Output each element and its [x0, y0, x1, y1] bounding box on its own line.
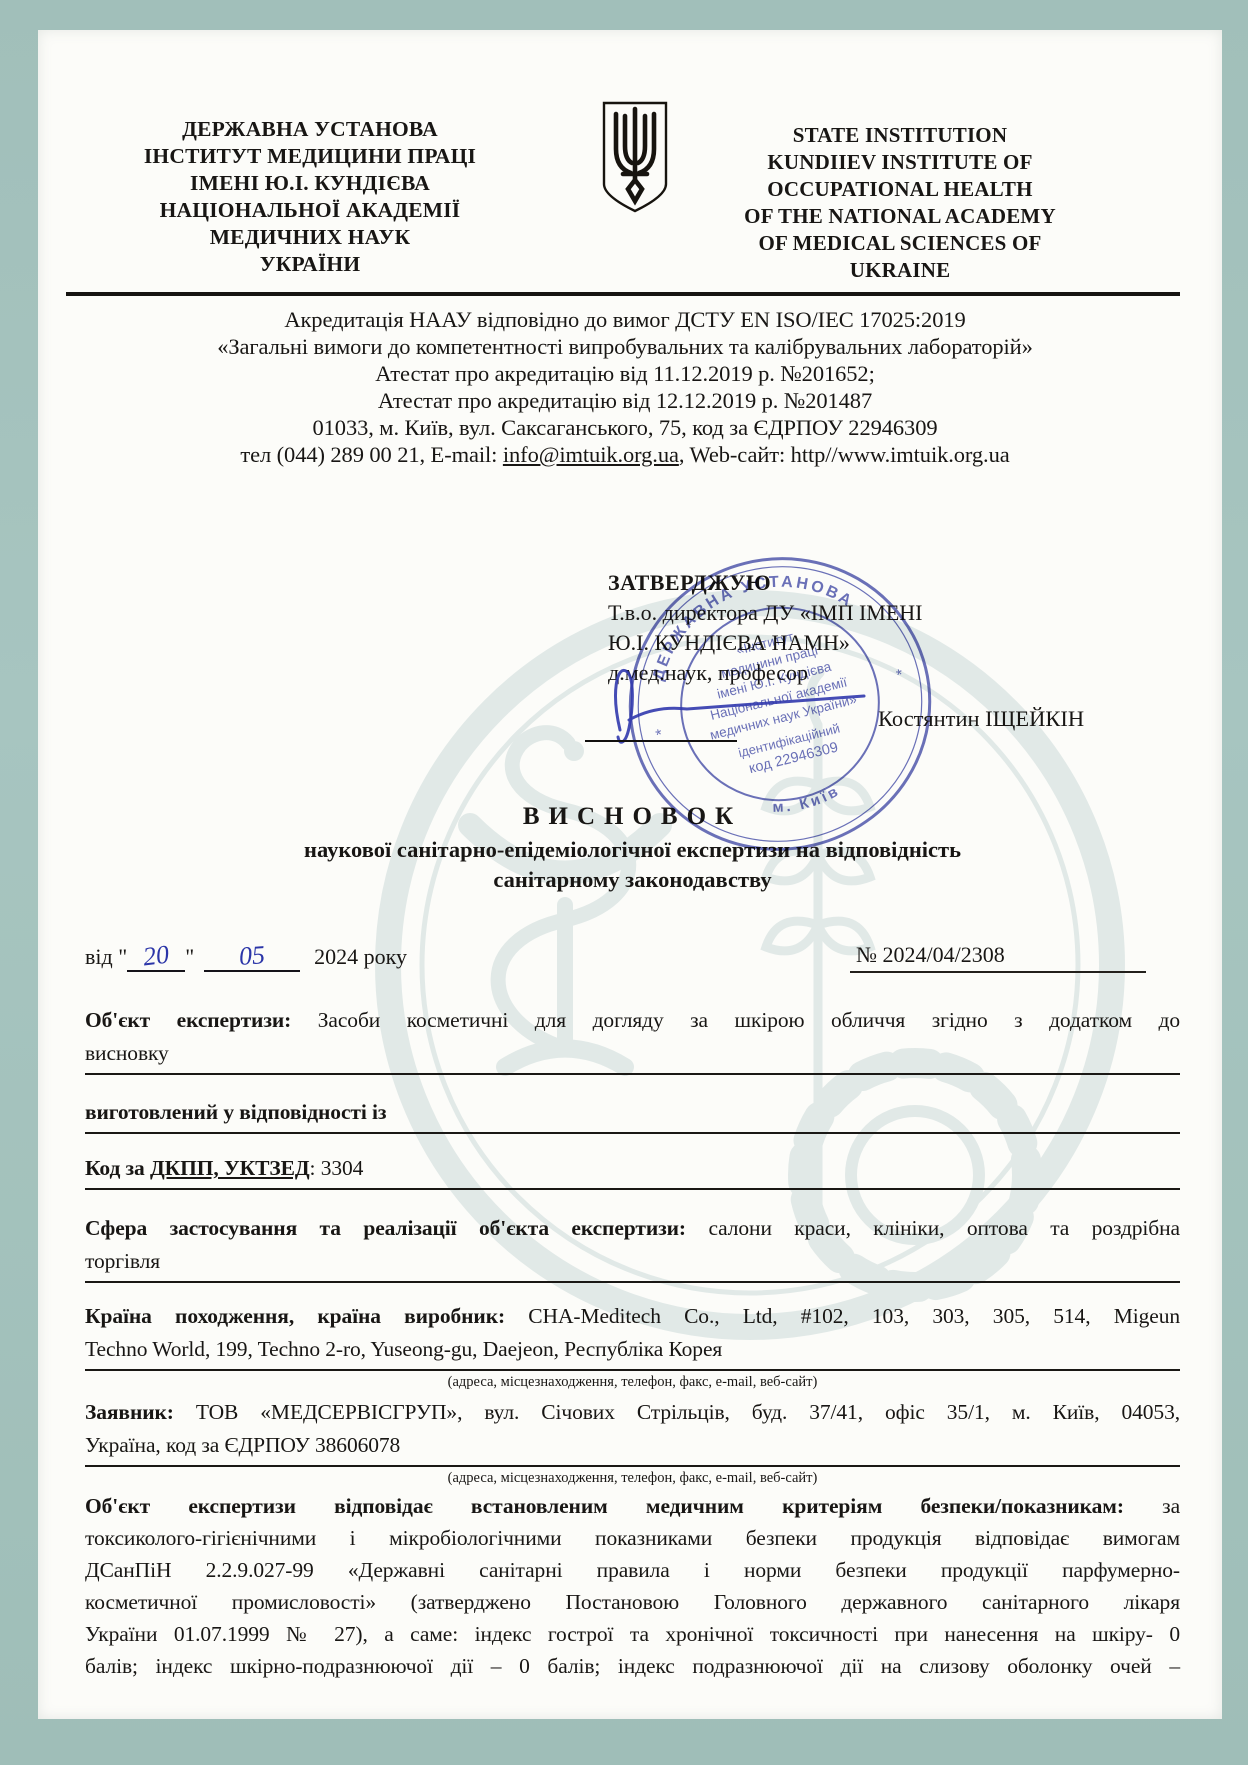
manufactured-label: виготовлений у відповідності із	[85, 1096, 1180, 1134]
header-left-ukrainian: ДЕРЖАВНА УСТАНОВА ІНСТИТУТ МЕДИЦИНИ ПРАЦ…	[95, 116, 525, 278]
signer-name: Костянтин ІЩЕЙКІН	[878, 706, 1084, 732]
conclusion-line-0: Об'єкт експертизи відповідає встановлени…	[85, 1490, 1180, 1522]
header-line: НАЦІОНАЛЬНОЇ АКАДЕМІЇ	[95, 197, 525, 224]
origin-text: CHA-Meditech Co., Ltd, #102, 103, 303, 3…	[528, 1304, 1180, 1328]
scope-line-1: Сфера застосування та реалізації об'єкта…	[85, 1212, 1180, 1245]
section-conclusion: Об'єкт експертизи відповідає встановлени…	[85, 1490, 1180, 1682]
header-line: ДЕРЖАВНА УСТАНОВА	[95, 116, 525, 143]
header-line: ІНСТИТУТ МЕДИЦИНИ ПРАЦІ	[95, 143, 525, 170]
header-line: OF THE NATIONAL ACADEMY	[688, 203, 1112, 230]
code-value: : 3304	[310, 1156, 364, 1180]
section-code: Код за ДКПП, УКТЗЕД: 3304	[85, 1152, 1180, 1190]
object-line-2: висновку	[85, 1037, 1180, 1075]
applicant-label: Заявник:	[85, 1400, 174, 1424]
date-day-field: 20	[127, 944, 185, 972]
conclusion-label: Об'єкт експертизи відповідає встановлени…	[85, 1494, 1124, 1518]
header-line: OF MEDICAL SCIENCES OF	[688, 230, 1112, 257]
applicant-line-2: Україна, код за ЄДРПОУ 38606078	[85, 1429, 1180, 1467]
date-number-row: від "20"052024 року № 2024/04/2308	[85, 944, 1180, 988]
header-line: МЕДИЧНИХ НАУК	[95, 224, 525, 251]
document-number: № 2024/04/2308	[856, 942, 1005, 967]
accreditation-line: Акредитація НААУ відповідно до вимог ДСТ…	[70, 306, 1180, 333]
origin-label: Країна походження, країна виробник:	[85, 1304, 505, 1328]
scope-label: Сфера застосування та реалізації об'єкта…	[85, 1216, 686, 1240]
header-line: ІМЕНІ Ю.І. КУНДІЄВА	[95, 170, 525, 197]
ukraine-trident-icon	[601, 100, 669, 214]
accreditation-line: Атестат про акредитацію від 12.12.2019 р…	[70, 387, 1180, 414]
conclusion-line: косметичної промисловості» (затверджено …	[85, 1586, 1180, 1618]
date-prefix: від "	[85, 944, 127, 969]
conclusion-line0-rest: за	[1162, 1494, 1180, 1518]
section-object: Об'єкт експертизи: Засоби косметичні для…	[85, 1004, 1180, 1075]
applicant-line-1: Заявник: ТОВ «МЕДСЕРВІСГРУП», вул. Січов…	[85, 1396, 1180, 1429]
object-label: Об'єкт експертизи:	[85, 1008, 291, 1032]
section-scope: Сфера застосування та реалізації об'єкта…	[85, 1212, 1180, 1283]
header-line: OCCUPATIONAL HEALTH	[688, 176, 1112, 203]
accreditation-line: 01033, м. Київ, вул. Саксаганського, 75,…	[70, 414, 1180, 441]
conclusion-line: балів; індекс шкірно-подразнюючої дії – …	[85, 1650, 1180, 1682]
accreditation-line: «Загальні вимоги до компетентності випро…	[70, 333, 1180, 360]
code-line: Код за ДКПП, УКТЗЕД: 3304	[85, 1152, 1180, 1190]
header-right-english: STATE INSTITUTION KUNDIIEV INSTITUTE OF …	[688, 122, 1112, 284]
object-line-1: Об'єкт експертизи: Засоби косметичні для…	[85, 1004, 1180, 1037]
stamp-ring-bottom-text: м. Київ	[768, 781, 844, 821]
document-subtitle-2: санітарному законодавству	[85, 865, 1180, 895]
accreditation-block: Акредитація НААУ відповідно до вимог ДСТ…	[70, 306, 1180, 468]
scope-text: салони краси, клініки, оптова та роздріб…	[708, 1216, 1180, 1240]
header-line: STATE INSTITUTION	[688, 122, 1112, 149]
code-label-plain: Код за	[85, 1156, 150, 1180]
contact-suffix: , Web-сайт: http//www.imtuik.org.ua	[679, 442, 1010, 467]
signature-line	[585, 740, 737, 742]
header-line: УКРАЇНИ	[95, 251, 525, 278]
date-close-quote: "	[185, 944, 194, 969]
document-number-field: № 2024/04/2308	[850, 942, 1146, 973]
origin-caption: (адреса, місцезнаходження, телефон, факс…	[85, 1373, 1180, 1391]
code-label-underlined: ДКПП, УКТЗЕД	[150, 1156, 310, 1180]
conclusion-line: токсиколого-гігієнічними і мікробіологіч…	[85, 1522, 1180, 1554]
contact-line: тел (044) 289 00 21, E-mail: info@imtuik…	[70, 441, 1180, 468]
email-text: info@imtuik.org.ua	[503, 442, 679, 467]
origin-line-1: Країна походження, країна виробник: CHA-…	[85, 1300, 1180, 1333]
conclusion-line: України 01.07.1999 № 27), а саме: індекс…	[85, 1618, 1180, 1650]
date-month-field: 05	[204, 944, 300, 972]
contact-prefix: тел (044) 289 00 21, E-mail:	[240, 442, 503, 467]
scanned-document: ДЕРЖАВНА УСТАНОВА ІНСТИТУТ МЕДИЦИНИ ПРАЦ…	[0, 0, 1248, 1765]
header-line: UKRAINE	[688, 257, 1112, 284]
handwritten-day: 20	[142, 943, 170, 968]
handwritten-month: 05	[238, 944, 265, 968]
accreditation-line: Атестат про акредитацію від 11.12.2019 р…	[70, 360, 1180, 387]
conclusion-line: ДСанПіН 2.2.9.027-99 «Державні санітарні…	[85, 1554, 1180, 1586]
header-line: KUNDIIEV INSTITUTE OF	[688, 149, 1112, 176]
section-applicant: Заявник: ТОВ «МЕДСЕРВІСГРУП», вул. Січов…	[85, 1396, 1180, 1487]
svg-text:м. Київ: м. Київ	[768, 781, 844, 821]
applicant-text: ТОВ «МЕДСЕРВІСГРУП», вул. Січових Стріль…	[196, 1400, 1180, 1424]
object-text: Засоби косметичні для догляду за шкірою …	[318, 1008, 1180, 1032]
applicant-caption: (адреса, місцезнаходження, телефон, факс…	[85, 1469, 1180, 1487]
date-suffix: 2024 року	[314, 944, 407, 969]
section-origin: Країна походження, країна виробник: CHA-…	[85, 1300, 1180, 1391]
scope-line-2: торгівля	[85, 1245, 1180, 1283]
stamp-star-right: *	[895, 667, 905, 685]
origin-line-2: Techno World, 199, Techno 2-ro, Yuseong-…	[85, 1333, 1180, 1371]
header-divider	[66, 292, 1180, 296]
section-manufactured: виготовлений у відповідності із	[85, 1096, 1180, 1134]
